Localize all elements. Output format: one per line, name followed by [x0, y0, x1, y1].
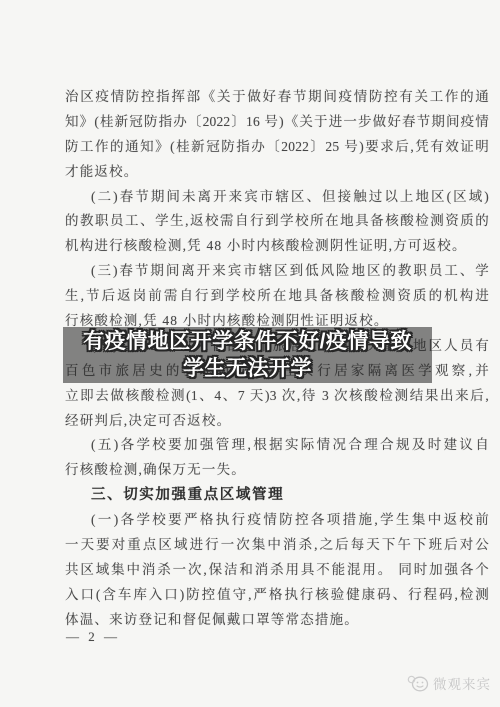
document-section-heading: 三、切实加强重点区域管理 — [65, 483, 489, 508]
document-line: 体温、来访登记和督促佩戴口罩等常态措施。 — [65, 608, 489, 633]
document-line: 一天要对重点区域进行一次集中消杀,之后每天下午下班后对公 — [65, 533, 489, 558]
document-line: 才能返校。 — [65, 160, 489, 185]
document-line: (二)春节期间未离开来宾市辖区、但接触过以上地区(区域) — [65, 185, 489, 210]
document-line: 防工作的通知》(桂新冠防指办〔2022〕25 号)要求后,凭有效证明 — [65, 135, 489, 160]
document-line: (五)各学校要加强管理,根据实际情况合理合规及时建议自 — [65, 433, 489, 458]
document-line: 生,节后返岗前需自行到学校所在地具备核酸检测资质的机构进 — [65, 284, 489, 309]
document-line: 共区域集中消杀一次,保洁和消杀用具不能混用。 同时加强各个 — [65, 558, 489, 583]
page-number: — 2 — — [66, 629, 120, 645]
caption-overlay-banner: 有疫情地区开学条件不好/疫情导致 学生无法开学 — [63, 327, 432, 383]
scanned-document-page: 治区疫情防控指挥部《关于做好春节期间疫情防控有关工作的通 知》(桂新冠防指办〔2… — [0, 0, 500, 707]
document-line: 机构进行核酸检测,凭 48 小时内核酸检测阴性证明,方可返校。 — [65, 234, 489, 259]
caption-line-1: 有疫情地区开学条件不好/疫情导致 — [83, 328, 412, 355]
document-line: 知》(桂新冠防指办〔2022〕16 号)《关于进一步做好春节期间疫情 — [65, 110, 489, 135]
document-line: 治区疫情防控指挥部《关于做好春节期间疫情防控有关工作的通 — [65, 85, 489, 110]
watermark: 微观来宾 — [407, 673, 491, 693]
document-line: (三)春节期间离开来宾市辖区到低风险地区的教职员工、学 — [65, 259, 489, 284]
document-line: (一)各学校要严格执行疫情防控各项措施,学生集中返校前 — [65, 508, 489, 533]
caption-line-2: 学生无法开学 — [183, 355, 312, 382]
document-line: 经研判后,决定可否返校。 — [65, 409, 489, 434]
document-line: 的教职员工、学生,返校需自行到学校所在地具备核酸检测资质的 — [65, 209, 489, 234]
face-logo-icon — [407, 674, 429, 692]
document-line: 入口(含车库入口)防控值守,严格执行核验健康码、行程码,检测 — [65, 583, 489, 608]
document-line: 立即去做核酸检测(1、4、7 天)3 次,待 3 次核酸检测结果出来后, — [65, 384, 489, 409]
document-line: 行核酸检测,确保万无一失。 — [65, 458, 489, 483]
watermark-label: 微观来宾 — [433, 673, 491, 693]
